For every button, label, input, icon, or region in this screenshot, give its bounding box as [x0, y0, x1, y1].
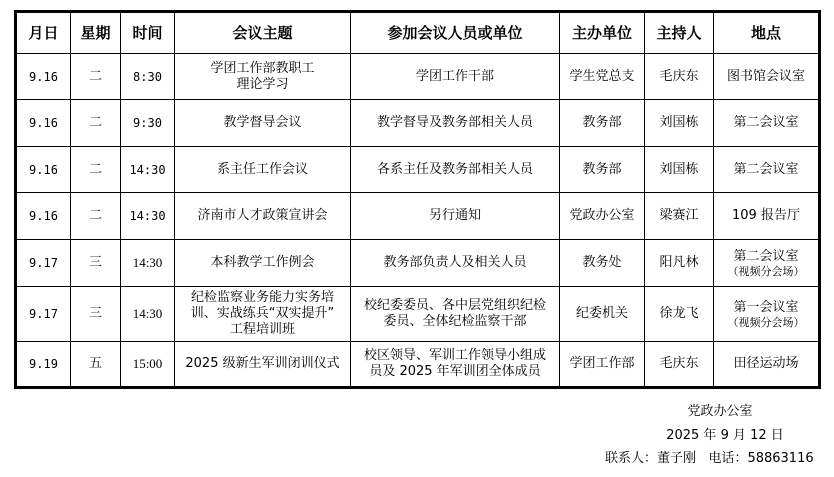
topic-line: 工程培训班 — [177, 322, 348, 338]
cell-attendees: 各系主任及教务部相关人员 — [351, 147, 560, 193]
topic-line: 纪检监察业务能力实务培 — [177, 290, 348, 306]
cell-time: 9:30 — [121, 100, 175, 147]
topic-line: 训、实战练兵“双实提升” — [177, 306, 348, 322]
cell-location: 109 报告厅 — [714, 193, 820, 240]
cell-weekday: 二 — [71, 193, 121, 240]
cell-location: 第二会议室 — [714, 147, 820, 193]
table-row: 9.16 二 9:30 教学督导会议 教学督导及教务部相关人员 教务部 刘国栋 … — [16, 100, 820, 147]
cell-organizer: 教务部 — [560, 100, 645, 147]
topic-line: 学团工作部教职工 — [177, 61, 348, 77]
location-name: 第二会议室 — [716, 249, 816, 265]
cell-organizer: 纪委机关 — [560, 287, 645, 342]
table-row: 9.16 二 8:30 学团工作部教职工 理论学习 学团工作干部 学生党总支 毛… — [16, 54, 820, 100]
attendees-line: 委员、全体纪检监察干部 — [353, 314, 557, 330]
cell-attendees: 校区领导、军训工作领导小组成 员及 2025 年军训团全体成员 — [351, 342, 560, 388]
contact-name: 董子刚 — [657, 451, 696, 466]
contact-label: 联系人： — [605, 451, 657, 466]
phone-number: 58863116 — [747, 451, 813, 466]
cell-location: 图书馆会议室 — [714, 54, 820, 100]
cell-location: 第一会议室 （视频分会场） — [714, 287, 820, 342]
cell-topic: 纪检监察业务能力实务培 训、实战练兵“双实提升” 工程培训班 — [175, 287, 351, 342]
cell-location: 第二会议室 （视频分会场） — [714, 240, 820, 287]
cell-weekday: 五 — [71, 342, 121, 388]
cell-date: 9.17 — [16, 287, 71, 342]
cell-date: 9.17 — [16, 240, 71, 287]
cell-attendees: 另行通知 — [351, 193, 560, 240]
cell-weekday: 二 — [71, 147, 121, 193]
cell-organizer: 党政办公室 — [560, 193, 645, 240]
cell-date: 9.16 — [16, 193, 71, 240]
cell-topic: 教学督导会议 — [175, 100, 351, 147]
header-host: 主持人 — [645, 12, 714, 54]
cell-attendees: 校纪委委员、各中层党组织纪检 委员、全体纪检监察干部 — [351, 287, 560, 342]
header-location: 地点 — [714, 12, 820, 54]
header-date: 月日 — [16, 12, 71, 54]
cell-host: 徐龙飞 — [645, 287, 714, 342]
table-row: 9.16 二 14:30 系主任工作会议 各系主任及教务部相关人员 教务部 刘国… — [16, 147, 820, 193]
attendees-line: 员及 2025 年军训团全体成员 — [353, 364, 557, 380]
cell-time: 14:30 — [121, 193, 175, 240]
cell-attendees: 教学督导及教务部相关人员 — [351, 100, 560, 147]
attendees-line: 校区领导、军训工作领导小组成 — [353, 348, 557, 364]
cell-location: 第二会议室 — [714, 100, 820, 147]
cell-attendees: 学团工作干部 — [351, 54, 560, 100]
cell-topic: 本科教学工作例会 — [175, 240, 351, 287]
cell-attendees: 教务部负责人及相关人员 — [351, 240, 560, 287]
attendees-line: 校纪委委员、各中层党组织纪检 — [353, 298, 557, 314]
cell-date: 9.16 — [16, 100, 71, 147]
cell-date: 9.19 — [16, 342, 71, 388]
cell-time: 14:30 — [121, 147, 175, 193]
location-note: （视频分会场） — [716, 316, 816, 329]
table-row: 9.17 三 14:30 纪检监察业务能力实务培 训、实战练兵“双实提升” 工程… — [16, 287, 820, 342]
issuer-signature: 党政办公室 — [660, 400, 780, 419]
meeting-schedule-table: 月日 星期 时间 会议主题 参加会议人员或单位 主办单位 主持人 地点 9.16… — [14, 10, 821, 389]
location-note: （视频分会场） — [716, 265, 816, 278]
cell-weekday: 三 — [71, 240, 121, 287]
cell-host: 毛庆东 — [645, 342, 714, 388]
table-row: 9.16 二 14:30 济南市人才政策宣讲会 另行通知 党政办公室 梁赛江 1… — [16, 193, 820, 240]
cell-organizer: 教务部 — [560, 147, 645, 193]
cell-weekday: 二 — [71, 54, 121, 100]
cell-topic: 济南市人才政策宣讲会 — [175, 193, 351, 240]
cell-host: 刘国栋 — [645, 100, 714, 147]
cell-time: 8:30 — [121, 54, 175, 100]
cell-date: 9.16 — [16, 54, 71, 100]
topic-line: 理论学习 — [177, 77, 348, 93]
cell-topic: 系主任工作会议 — [175, 147, 351, 193]
cell-host: 刘国栋 — [645, 147, 714, 193]
header-weekday: 星期 — [71, 12, 121, 54]
cell-host: 梁赛江 — [645, 193, 714, 240]
cell-host: 阳凡林 — [645, 240, 714, 287]
cell-topic: 学团工作部教职工 理论学习 — [175, 54, 351, 100]
cell-location: 田径运动场 — [714, 342, 820, 388]
cell-weekday: 二 — [71, 100, 121, 147]
phone-label: 电话： — [708, 451, 747, 466]
cell-time: 14:30 — [121, 240, 175, 287]
location-name: 第一会议室 — [716, 300, 816, 316]
header-topic: 会议主题 — [175, 12, 351, 54]
table-row: 9.17 三 14:30 本科教学工作例会 教务部负责人及相关人员 教务处 阳凡… — [16, 240, 820, 287]
issue-date: 2025 年 9 月 12 日 — [650, 424, 800, 443]
cell-topic: 2025 级新生军训闭训仪式 — [175, 342, 351, 388]
header-attendees: 参加会议人员或单位 — [351, 12, 560, 54]
header-organizer: 主办单位 — [560, 12, 645, 54]
cell-time: 15:00 — [121, 342, 175, 388]
cell-organizer: 学生党总支 — [560, 54, 645, 100]
cell-date: 9.16 — [16, 147, 71, 193]
table-row: 9.19 五 15:00 2025 级新生军训闭训仪式 校区领导、军训工作领导小… — [16, 342, 820, 388]
cell-host: 毛庆东 — [645, 54, 714, 100]
cell-organizer: 学团工作部 — [560, 342, 645, 388]
cell-organizer: 教务处 — [560, 240, 645, 287]
contact-info: 联系人：董子刚 电话：58863116 — [605, 447, 834, 466]
header-time: 时间 — [121, 12, 175, 54]
cell-time: 14:30 — [121, 287, 175, 342]
cell-weekday: 三 — [71, 287, 121, 342]
header-row: 月日 星期 时间 会议主题 参加会议人员或单位 主办单位 主持人 地点 — [16, 12, 820, 54]
